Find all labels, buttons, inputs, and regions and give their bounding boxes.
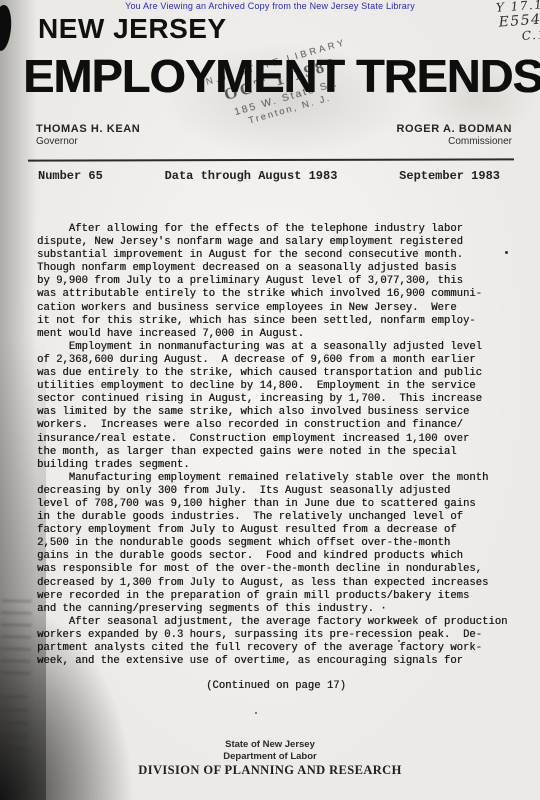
- masthead-title: EMPLOYMENT TRENDS: [23, 49, 540, 103]
- article-line: dispute, New Jersey's nonfarm wage and s…: [37, 236, 523, 249]
- commissioner-name: ROGER A. BODMAN: [396, 123, 512, 135]
- handwritten-call-number: Y 17.10E554C.1: [496, 0, 540, 46]
- scan-ink-blob: [0, 4, 13, 52]
- article-line: gains in the durable goods sector. Food …: [37, 550, 523, 563]
- article-line: After allowing for the effects of the te…: [37, 223, 523, 236]
- scanned-document-page: You Are Viewing an Archived Copy from th…: [0, 0, 540, 800]
- article-line: were recorded in the preparation of grai…: [37, 590, 523, 603]
- article-line: was limited by the same strike, which al…: [37, 406, 523, 419]
- article-line: sector continued rising in August, incre…: [37, 393, 523, 406]
- article-line: decreased by 1,300 from July to August, …: [37, 577, 523, 590]
- article-line: was attributable entirely to the strike …: [37, 288, 523, 301]
- masthead-state-name: NEW JERSEY: [38, 13, 227, 45]
- governor-title: Governor: [36, 136, 140, 147]
- governor-block: THOMAS H. KEAN Governor: [36, 123, 140, 147]
- scan-speck: [255, 712, 257, 714]
- governor-name: THOMAS H. KEAN: [36, 123, 140, 135]
- article-line: utilities employment to decline by 14,80…: [37, 380, 523, 393]
- article-line: decreasing by only 300 from July. Its Au…: [37, 485, 523, 498]
- footer-imprint: State of New Jersey Department of Labor …: [0, 739, 540, 778]
- article-line: the month, as larger than expected gains…: [37, 446, 523, 459]
- article-line: and the canning/preserving segments of t…: [37, 603, 523, 616]
- article-line: Manufacturing employment remained relati…: [37, 472, 523, 485]
- article-line: factory employment from July to August r…: [37, 524, 523, 537]
- article-line: Though nonfarm employment decreased on a…: [37, 262, 523, 275]
- article-line: level of 708,700 was 9,100 higher than i…: [37, 498, 523, 511]
- article-line: cation workers and business service empl…: [37, 302, 523, 315]
- article-line: Employment in nonmanufacturing was at a …: [37, 341, 523, 354]
- footer-division: DIVISION OF PLANNING AND RESEARCH: [0, 763, 540, 778]
- article-body: After allowing for the effects of the te…: [37, 223, 523, 668]
- issue-date: September 1983: [399, 169, 500, 183]
- footer-department: Department of Labor: [0, 751, 540, 763]
- article-line: substantial improvement in August for th…: [37, 249, 523, 262]
- officials-row: THOMAS H. KEAN Governor ROGER A. BODMAN …: [36, 123, 512, 147]
- issue-coverage: Data through August 1983: [165, 169, 338, 183]
- scan-ghost-text: [0, 600, 31, 681]
- commissioner-block: ROGER A. BODMAN Commissioner: [396, 123, 512, 147]
- article-line: week, and the extensive use of overtime,…: [37, 655, 523, 668]
- article-line: workers. Increases were also recorded in…: [37, 419, 523, 432]
- article-line: it not for this strike, which has since …: [37, 315, 523, 328]
- article-line: in the durable goods industries. The rel…: [37, 511, 523, 524]
- article-line: 2,500 in the nondurable goods segment wh…: [37, 537, 523, 550]
- article-line: ment would have increased 7,000 in Augus…: [37, 328, 523, 341]
- footer-state: State of New Jersey: [0, 739, 540, 751]
- horizontal-rule: [28, 158, 514, 161]
- article-line: by 9,900 from July to a preliminary Augu…: [37, 275, 523, 288]
- article-line: insurance/real estate. Construction empl…: [37, 433, 523, 446]
- article-line: of 2,368,600 during August. A decrease o…: [37, 354, 523, 367]
- issue-number: Number 65: [38, 169, 103, 183]
- continued-note: (Continued on page 17): [37, 680, 515, 692]
- article-line: partment analysts cited the full recover…: [37, 642, 523, 655]
- article-line: was responsible for most of the over-the…: [37, 563, 523, 576]
- article-line: building trades segment.: [37, 459, 523, 472]
- article-line: After seasonal adjustment, the average f…: [37, 616, 523, 629]
- archive-banner-text: You Are Viewing an Archived Copy from th…: [0, 1, 540, 11]
- issue-info-row: Number 65 Data through August 1983 Septe…: [38, 169, 500, 183]
- article-line: was due entirely to the strike, which ca…: [37, 367, 523, 380]
- commissioner-title: Commissioner: [396, 136, 512, 147]
- article-line: workers expanded by 0.3 hours, surpassin…: [37, 629, 523, 642]
